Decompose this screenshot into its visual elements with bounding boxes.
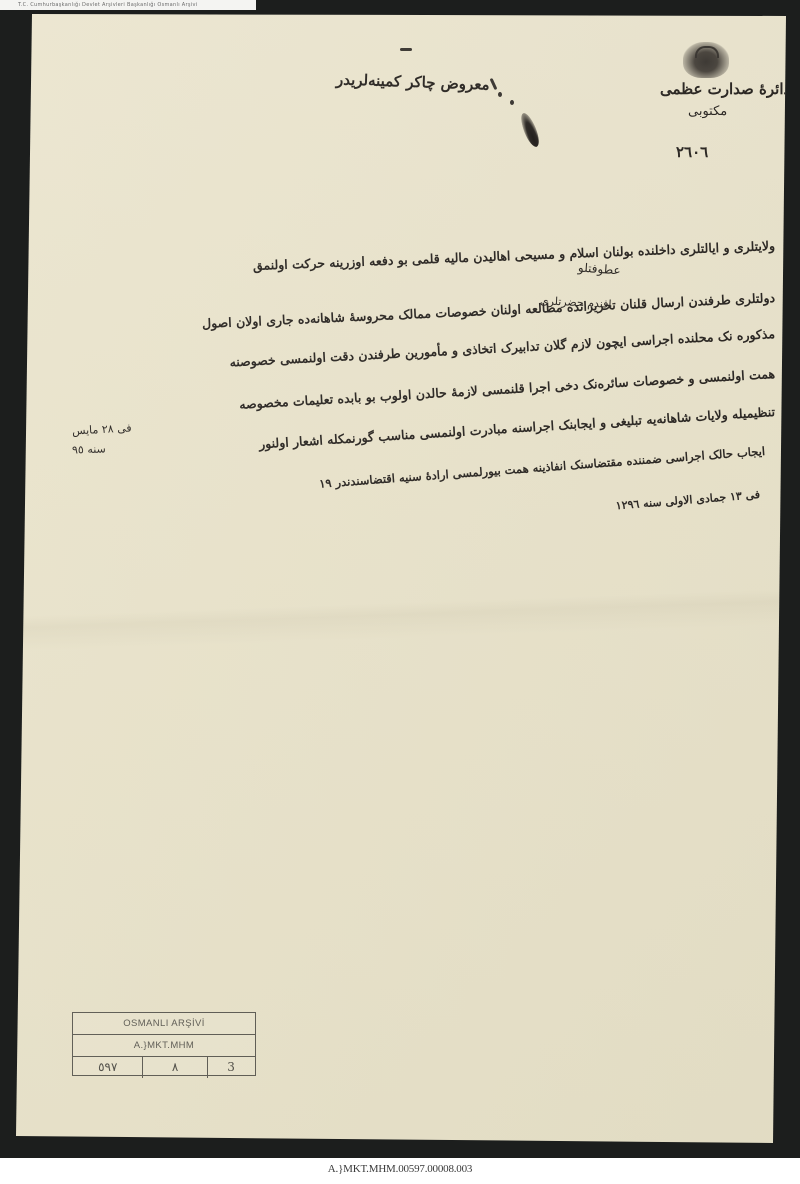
office-name: دائرهٔ صدارت عظمی	[660, 80, 790, 98]
ink-blot-icon	[518, 111, 543, 149]
archive-stamp: OSMANLI ARŞİVİ A.}MKT.MHM ٥٩٧ ٨ 3	[72, 1012, 256, 1076]
body-line: ایجاب حالک اجراسی ضمننده مقتضاسنک انفاذی…	[206, 444, 766, 499]
body-line: ولایتلری و ایالتلری داخلنده بولنان اسلام…	[30, 238, 775, 282]
stamp-collection: A.}MKT.MHM	[73, 1035, 255, 1057]
stamp-numbers: ٥٩٧ ٨ 3	[73, 1057, 255, 1078]
tughra-icon	[683, 42, 729, 78]
margin-note: سنه ٩٥	[72, 442, 106, 456]
stamp-cell-dossier: ٥٩٧	[73, 1057, 142, 1078]
document-reference-caption: A.}MKT.MHM.00597.00008.003	[0, 1158, 800, 1184]
ink-stroke-icon	[490, 78, 498, 90]
ink-dot-icon	[498, 92, 502, 97]
stamp-cell-page: 3	[207, 1057, 255, 1078]
document-number: ٢٦٠٦	[676, 143, 708, 161]
heading-mark-icon	[400, 48, 412, 51]
stamp-cell-shirt: ٨	[142, 1057, 206, 1078]
office-subtitle: مکتوبی	[688, 104, 727, 119]
ink-dot-icon	[510, 100, 514, 105]
viewer-top-label: T.C. Cumhurbaşkanlığı Devlet Arşivleri B…	[0, 0, 256, 10]
document-heading: معروض چاکر کمینه‌لریدر	[336, 70, 490, 93]
stamp-title: OSMANLI ARŞİVİ	[73, 1013, 255, 1035]
date-line: فی ١٣ جمادی الاولی سنه ١٢٩٦	[241, 488, 760, 542]
margin-note: فی ٢٨ مایس	[72, 421, 132, 437]
document-page: دائرهٔ صدارت عظمی مکتوبی ٢٦٠٦ معروض چاکر…	[0, 0, 800, 1158]
salutation: عطوفتلو	[578, 261, 622, 278]
